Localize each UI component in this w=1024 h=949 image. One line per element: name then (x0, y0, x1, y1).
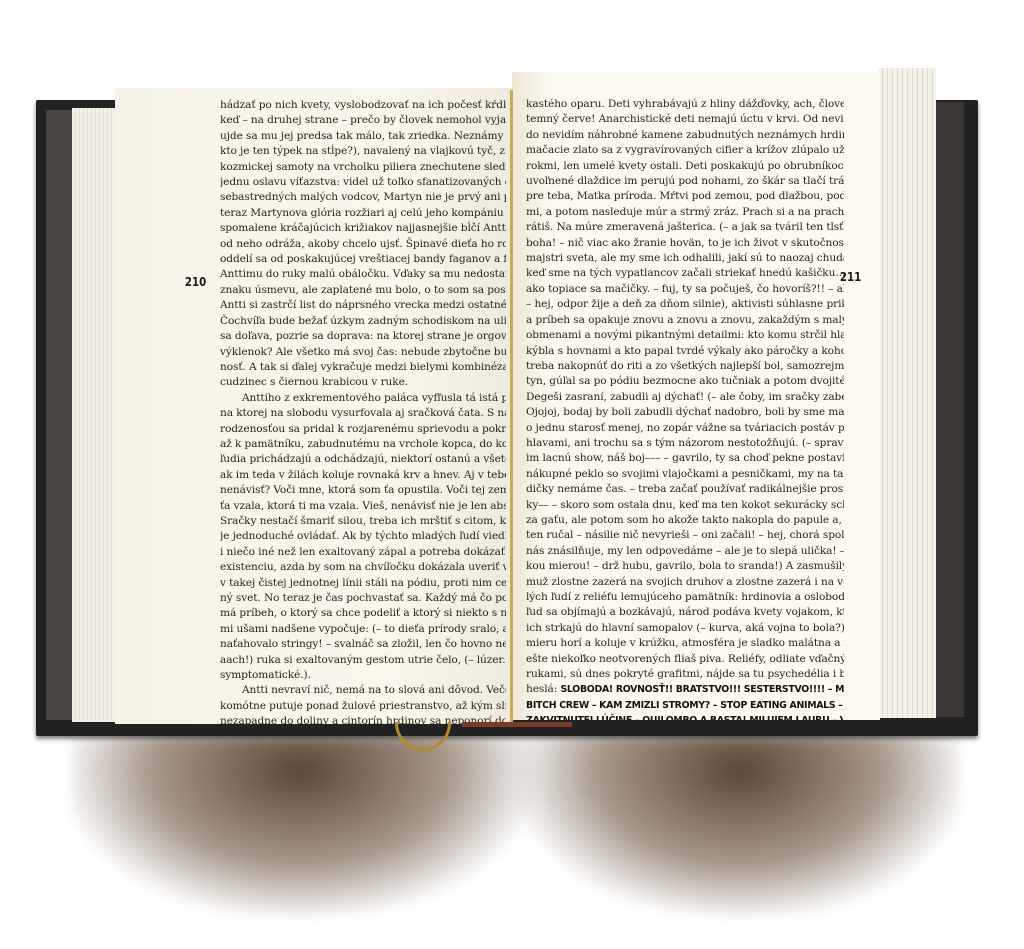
text-line: oddelí sa od poskakujúcej vreštiacej ban… (220, 252, 506, 267)
text-line: existenciu, azda by som na chvíľočku dok… (220, 560, 506, 575)
text-line: treba nakopnúť do riti a zo všetkých naj… (526, 359, 844, 374)
text-line: ich strkajú do hlavní samopalov (– kurva… (526, 621, 844, 636)
text-line: nenávisť? Voči mne, ktorá som ťa opustil… (220, 483, 506, 498)
text-line: od neho odráža, akoby chcelo ujsť. Špina… (220, 237, 506, 252)
book-shadow-right (520, 735, 960, 915)
text-line: kýbla s hovnami a kto papal tvrdé výkaly… (526, 344, 844, 359)
text-line: kto je ten týpek na stĺpe?), navalený na… (220, 144, 506, 159)
text-line: hádzať po nich kvety, vyslobodzovať na i… (220, 98, 506, 113)
graffiti-slogan-line: BITCH CREW – KAM ZMIZLI STROMY? – STOP E… (526, 698, 844, 713)
text-line: za gaťu, ale potom som ho akože takto na… (526, 513, 844, 528)
graffiti-slogan-line: ZAKVITNUTEJ LÚČINE – QUILOMBO A BASTA! M… (526, 713, 844, 720)
text-line: o jednu starosť menej, no zopár vážne sa… (526, 421, 844, 436)
text-line: jednu oslavu víťazstva: videl už toľko s… (220, 175, 506, 190)
graffiti-text: ZAKVITNUTEJ LÚČINE – QUILOMBO A BASTA! M… (526, 715, 844, 720)
text-line: kozmickej samoty na vrcholku piliera zne… (220, 160, 506, 175)
text-line: až k pamätníku, zabudnutému na vrchole k… (220, 437, 506, 452)
text-line: mi ušami nadšene vypočuje: (– to dieťa p… (220, 622, 506, 637)
text-line: ky–– – skoro som ostala dnu, keď ma ten … (526, 498, 844, 513)
text-line: obmenami a novými pikantnými detailmi: k… (526, 328, 844, 343)
text-line: symptomatické.). (220, 668, 506, 683)
book-gutter (510, 90, 513, 722)
text-line: v takej čistej jednotnej línii stáli na … (220, 576, 506, 591)
graffiti-text: SLOBODA! ROVNOSŤ!! BRATSTVO!!! SESTERSTV… (560, 684, 844, 695)
text-line: výklenok? Ale všetko má svoj čas: nebude… (220, 345, 506, 360)
text-line: keď – na druhej strane – prečo by človek… (220, 113, 506, 128)
text-line: kou mierou! – drž hubu, gavrilo, bola to… (526, 559, 844, 574)
text-line: tyn, gúľal sa po pódiu bezmocne ako tučn… (526, 374, 844, 389)
right-page: kastého oparu. Deti vyhrabávajú z hliny … (512, 72, 880, 720)
cover-board-right (934, 102, 964, 717)
text-line: Antti si zastrčí list do náprsného vreck… (220, 298, 506, 313)
graffiti-slogan-line: heslá: SLOBODA! ROVNOSŤ!! BRATSTVO!!! SE… (526, 682, 844, 697)
text-line: Degeši zasraní, zabudli aj dýchať! (– al… (526, 390, 844, 405)
text-line: kastého oparu. Deti vyhrabávajú z hliny … (526, 97, 844, 112)
text-line: spomalene kráčajúcich križiakov najjasne… (220, 221, 506, 236)
text-line: cudzinec s čiernou krabicou v ruke. (220, 375, 506, 390)
text-line: – hej, odpor žije a deň za dňom silnie),… (526, 297, 844, 312)
page-edges-right (878, 68, 936, 718)
text-line: a príbeh sa opakuje znovu a znovu a znov… (526, 313, 844, 328)
text-line: naťahovalo stringy! – svalnáč sa zložil,… (220, 637, 506, 652)
text-line: mačacie zlato sa z vygravírovaných cifie… (526, 143, 844, 158)
text-line: Anttiho z exkrementového paláca vyfľusla… (220, 391, 506, 406)
book-shadow-left (70, 735, 530, 915)
text-line: nákupné peklo so svojimi vlajočkami a pe… (526, 467, 844, 482)
text-line: Ojojoj, bodaj by boli zabudli dýchať nad… (526, 405, 844, 420)
page-number-right: 211 (840, 270, 861, 284)
text-line: keď sme na tých vypatlancov začali strie… (526, 266, 844, 281)
text-line: dičky nemáme čas. – treba začať používať… (526, 482, 844, 497)
text-line: temný červe! Anarchistické deti nemajú ú… (526, 112, 844, 127)
text-line: ný svet. No teraz je čas pochvastať sa. … (220, 591, 506, 606)
page-edges-left (72, 108, 118, 722)
text-line: rodzenosťou sa pridal k rozjarenému spri… (220, 422, 506, 437)
text-line: Čochvíľa bude bežať úzkym zadným schodis… (220, 314, 506, 329)
text-line: je jednoduché ovládať. Ak by týchto mlad… (220, 529, 506, 544)
text-line: mieru horí a koluje v krúžku, atmosféra … (526, 636, 844, 651)
slogan-intro: heslá: (526, 683, 560, 695)
text-line: má príbeh, o ktorý sa chce podeliť a kto… (220, 606, 506, 621)
text-line: znaku úsmevu, ale zaplatené mu bolo, o t… (220, 283, 506, 298)
text-line: ľudia prichádzajú a odchádzajú, niektorí… (220, 452, 506, 467)
text-line: Anttimu do ruky malú obáločku. Vďaky sa … (220, 267, 506, 282)
text-line: komótne putuje ponad žulové priestranstv… (220, 699, 506, 714)
text-line: ak im teda v žilách koluje rovnaká krv a… (220, 468, 506, 483)
text-line: sebastredných malých vodcov, Martyn nie … (220, 190, 506, 205)
text-line: Antti nevraví nič, nemá na to slová ani … (220, 683, 506, 698)
text-line: boha! – nič viac ako žranie hovän, to je… (526, 236, 844, 251)
text-line: Sračky nestačí šmariť silou, treba ich m… (220, 514, 506, 529)
text-line: rukami, sú dnes pokryté grafitmi, nájde … (526, 667, 844, 682)
text-line: lých ľudí z reliéfu lemujúceho pamätník:… (526, 590, 844, 605)
headband (462, 722, 572, 727)
text-line: teraz Martynova glória rozžiari aj celú … (220, 206, 506, 221)
text-line: nosť. A tak si ďalej vykračuje medzi bie… (220, 360, 506, 375)
text-line: mi, a potom nasleduje múr a strmý zráz. … (526, 205, 844, 220)
cover-board-left (46, 110, 74, 720)
text-line: na ktorej na slobodu vysurfovala aj srač… (220, 406, 506, 421)
text-line: i niečo iné než len exaltovaný zápal a p… (220, 545, 506, 560)
text-line: sa doľava, pozrie sa doprava: na ktorej … (220, 329, 506, 344)
text-line: im lacnú show, náš boj––– – gavrilo, ty … (526, 451, 844, 466)
text-line: majstri sveta, ale my sme ich odhalili, … (526, 251, 844, 266)
left-page-text: hádzať po nich kvety, vyslobodzovať na i… (220, 98, 506, 724)
text-line: do nevidím náhrobné kamene zabudnutých n… (526, 128, 844, 143)
page-number-left: 210 (185, 275, 206, 289)
text-line: rátiš. Na múre zmeravená jašterica. (– a… (526, 220, 844, 235)
text-line: pre teba, Matka príroda. Mŕtvi pod zemou… (526, 189, 844, 204)
text-line: rokmi, len umelé kvety ostali. Deti posk… (526, 159, 844, 174)
text-line: aach!) ruka si exaltovaným gestom utrie … (220, 653, 506, 668)
text-line: ako topiace sa mačičky. – fuj, ty sa poč… (526, 282, 844, 297)
text-line: hlavami, ani trochu sa s tým názorom nes… (526, 436, 844, 451)
text-line: ten ručal – násilie nič nevyrieši – oni … (526, 528, 844, 543)
right-page-text: kastého oparu. Deti vyhrabávajú z hliny … (526, 97, 844, 720)
graffiti-text: BITCH CREW – KAM ZMIZLI STROMY? – STOP E… (526, 700, 844, 711)
text-line: ťa vzala, ktorá ti ma vzala. Vieš, nenáv… (220, 499, 506, 514)
text-line: ujde sa mu jej predsa tak málo, tak zrie… (220, 129, 506, 144)
text-line: ešte niekoľko neotvorených fliaš piva. R… (526, 652, 844, 667)
text-line: ľud sa objímajú a bozkávajú, národ podáv… (526, 605, 844, 620)
text-line: muž zlostne zazerá na svojich druhov a z… (526, 575, 844, 590)
text-line: nás znásilňuje, my len odpovedáme – ale … (526, 544, 844, 559)
text-line: uvoľnené dlaždice im perujú pod nohami, … (526, 174, 844, 189)
left-page: hádzať po nich kvety, vyslobodzovať na i… (115, 88, 513, 724)
